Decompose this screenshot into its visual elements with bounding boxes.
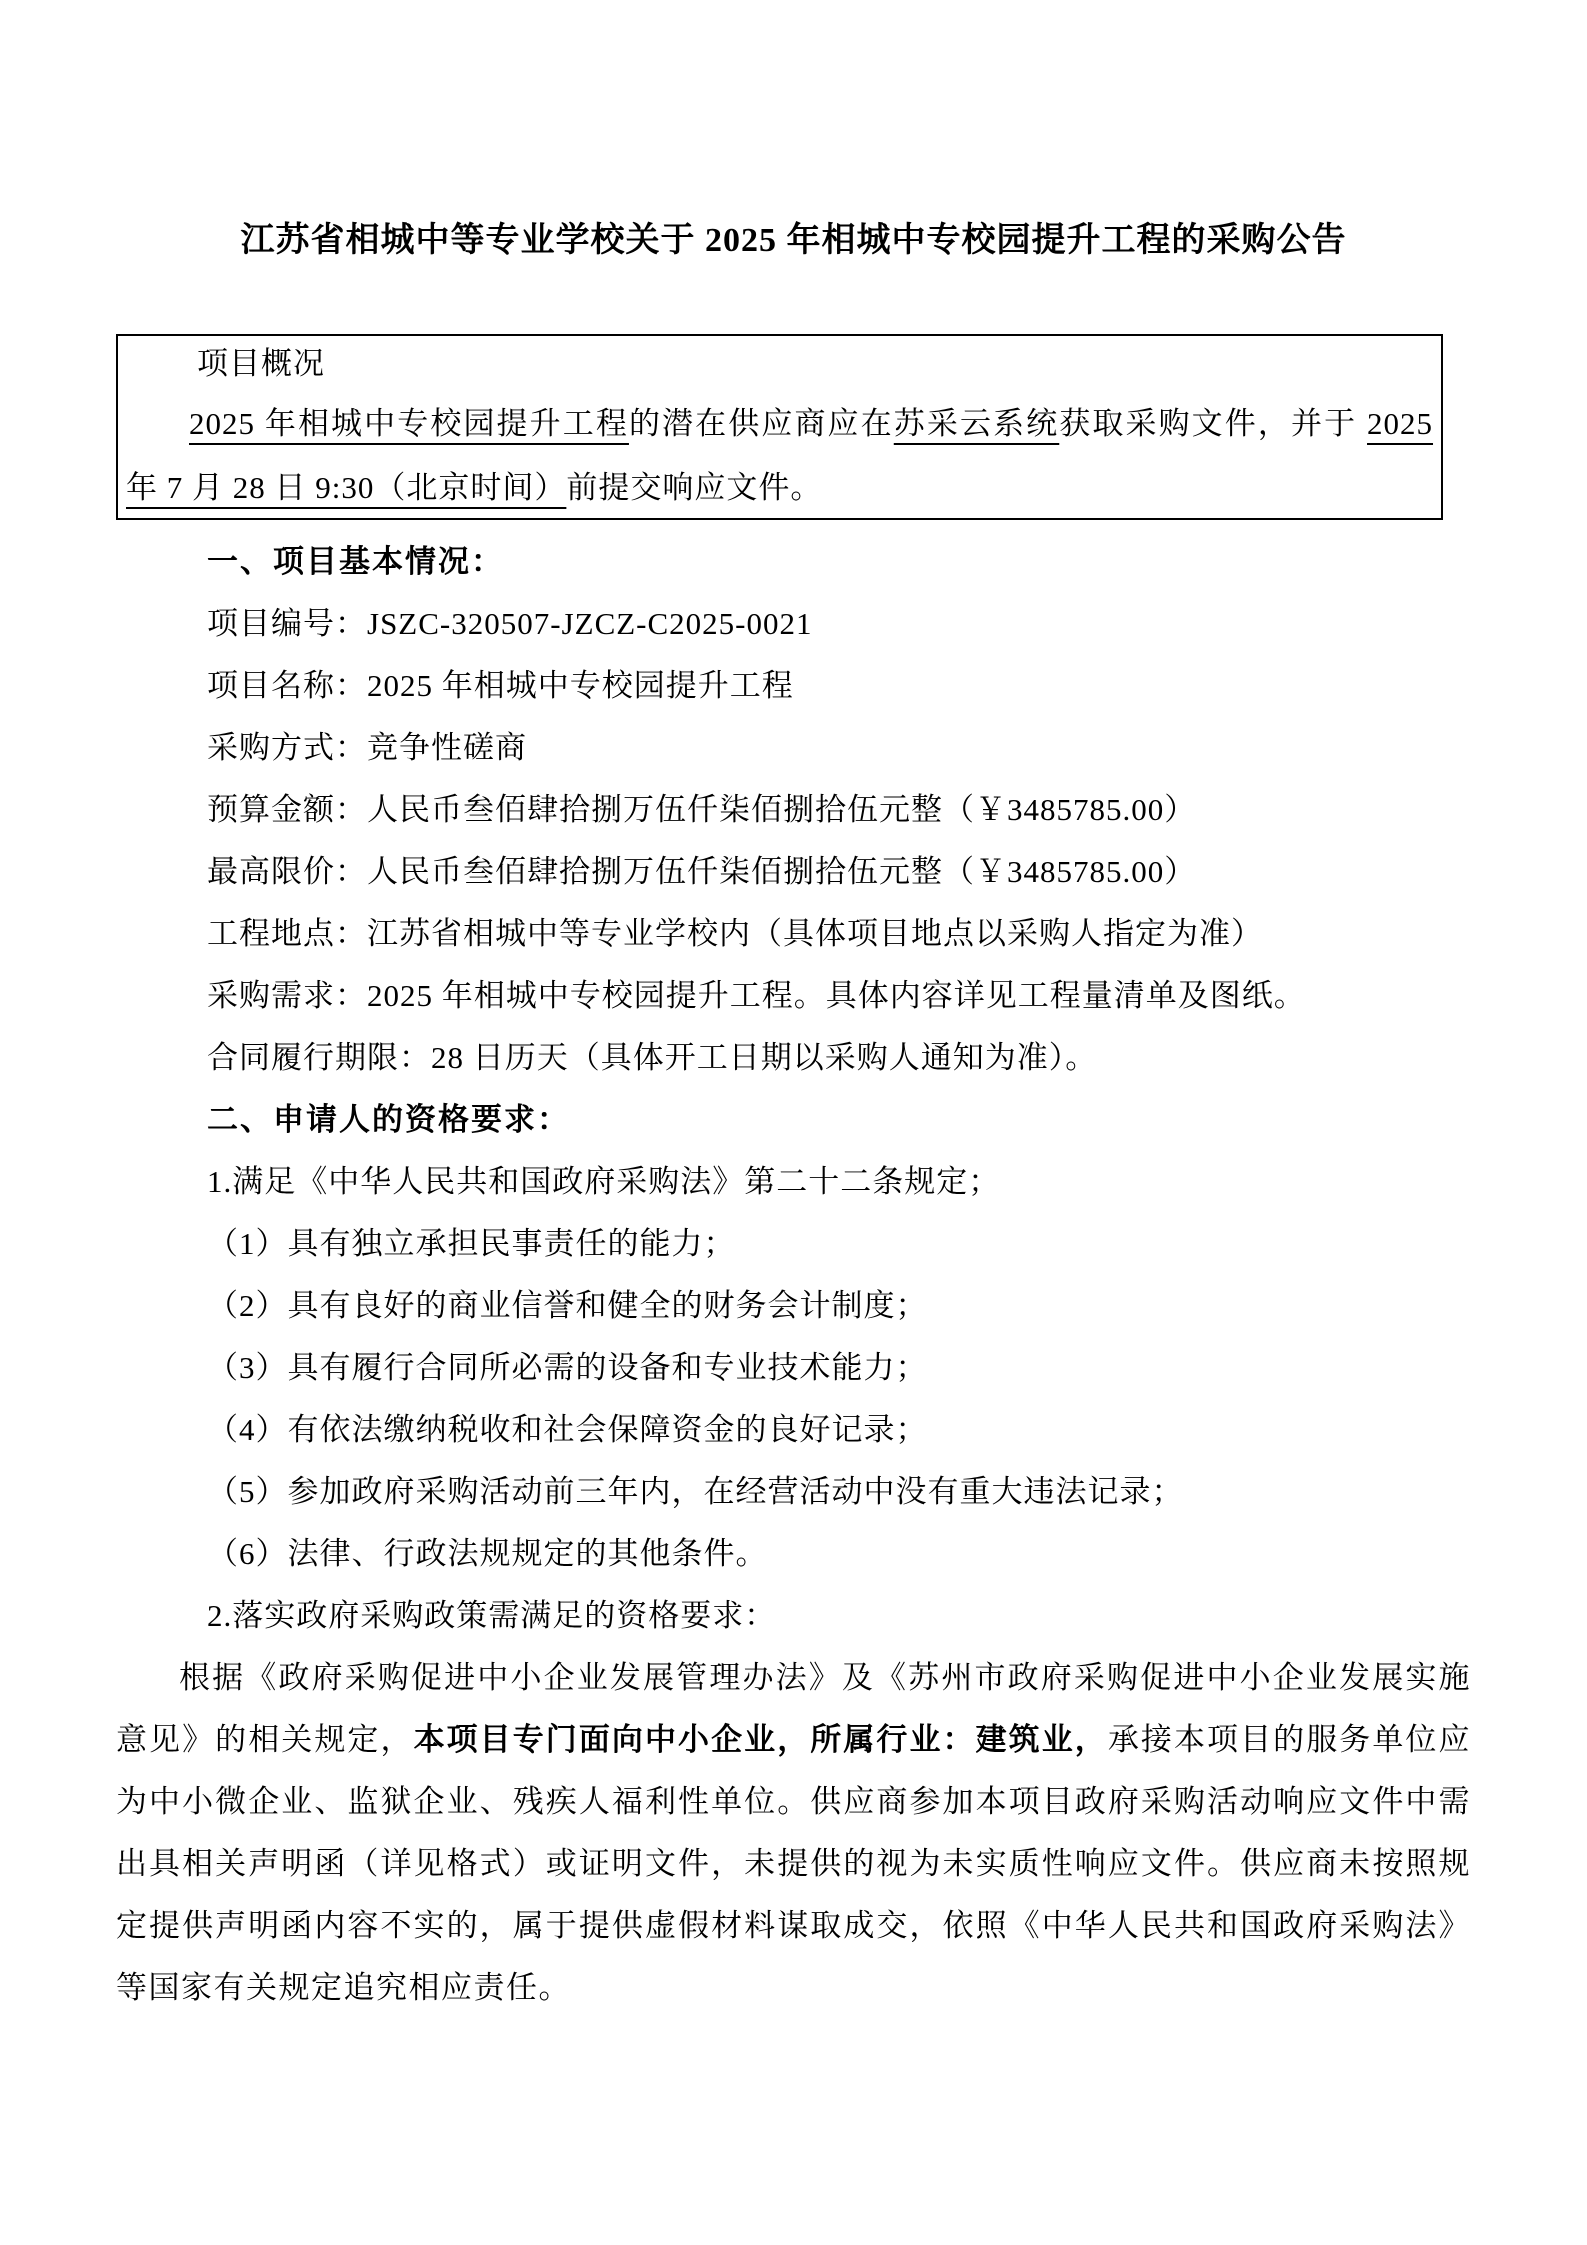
document-page: 江苏省相城中等专业学校关于 2025 年相城中专校园提升工程的采购公告 项目概况…	[0, 0, 1587, 2245]
qualification-item-5: （5）参加政府采购活动前三年内，在经营活动中没有重大违法记录；	[116, 1461, 1471, 1523]
detail-line-project-location: 工程地点：江苏省相城中等专业学校内（具体项目地点以采购人指定为准）	[116, 903, 1471, 965]
page-title: 江苏省相城中等专业学校关于 2025 年相城中专校园提升工程的采购公告	[0, 212, 1587, 261]
policy-run-text: 承接本项目的服务单位应为中小微企业、监狱企业、残疾人福利性单位。供应商参加本项目…	[116, 1722, 1471, 2005]
qualification-item-6: （6）法律、行政法规规定的其他条件。	[116, 1523, 1471, 1585]
qualification-item-4: （4）有依法缴纳税收和社会保障资金的良好记录；	[116, 1399, 1471, 1461]
overview-run-text: 前提交响应文件。	[566, 470, 822, 505]
overview-run-platform: 苏采云系统	[894, 406, 1060, 441]
document-body: 一、项目基本情况： 项目编号：JSZC-320507-JZCZ-C2025-00…	[116, 531, 1471, 2019]
section2-heading: 二、申请人的资格要求：	[116, 1089, 1471, 1151]
overview-run-text: 的潜在供应商应在	[629, 406, 894, 441]
overview-run-text: 获取采购文件，并于	[1059, 406, 1367, 441]
qualification-item-policy: 2.落实政府采购政策需满足的资格要求：	[116, 1585, 1471, 1647]
detail-line-procurement-demand: 采购需求：2025 年相城中专校园提升工程。具体内容详见工程量清单及图纸。	[116, 965, 1471, 1027]
detail-line-project-number: 项目编号：JSZC-320507-JZCZ-C2025-0021	[116, 593, 1471, 655]
qualification-item-2: （2）具有良好的商业信誉和健全的财务会计制度；	[116, 1275, 1471, 1337]
overview-run-project-name: 2025 年相城中专校园提升工程	[189, 406, 629, 441]
detail-line-project-name: 项目名称：2025 年相城中专校园提升工程	[116, 655, 1471, 717]
project-overview-box: 项目概况 2025 年相城中专校园提升工程的潜在供应商应在苏采云系统获取采购文件…	[116, 334, 1443, 520]
section1-heading: 一、项目基本情况：	[116, 531, 1471, 593]
qualification-item-1: （1）具有独立承担民事责任的能力；	[116, 1213, 1471, 1275]
overview-heading: 项目概况	[197, 346, 1441, 382]
policy-paragraph: 根据《政府采购促进中小企业发展管理办法》及《苏州市政府采购促进中小企业发展实施意…	[116, 1647, 1471, 2019]
qualification-item-law: 1.满足《中华人民共和国政府采购法》第二十二条规定；	[116, 1151, 1471, 1213]
detail-line-price-ceiling: 最高限价：人民币叁佰肆拾捌万伍仟柒佰捌拾伍元整（￥3485785.00）	[116, 841, 1471, 903]
detail-line-procurement-method: 采购方式：竞争性磋商	[116, 717, 1471, 779]
policy-run-sme-industry: 本项目专门面向中小企业，所属行业：建筑业，	[414, 1722, 1108, 1757]
detail-line-contract-period: 合同履行期限：28 日历天（具体开工日期以采购人通知为准）。	[116, 1027, 1471, 1089]
overview-paragraph: 2025 年相城中专校园提升工程的潜在供应商应在苏采云系统获取采购文件，并于 2…	[126, 392, 1433, 520]
detail-line-budget-amount: 预算金额：人民币叁佰肆拾捌万伍仟柒佰捌拾伍元整（￥3485785.00）	[116, 779, 1471, 841]
qualification-item-3: （3）具有履行合同所必需的设备和专业技术能力；	[116, 1337, 1471, 1399]
